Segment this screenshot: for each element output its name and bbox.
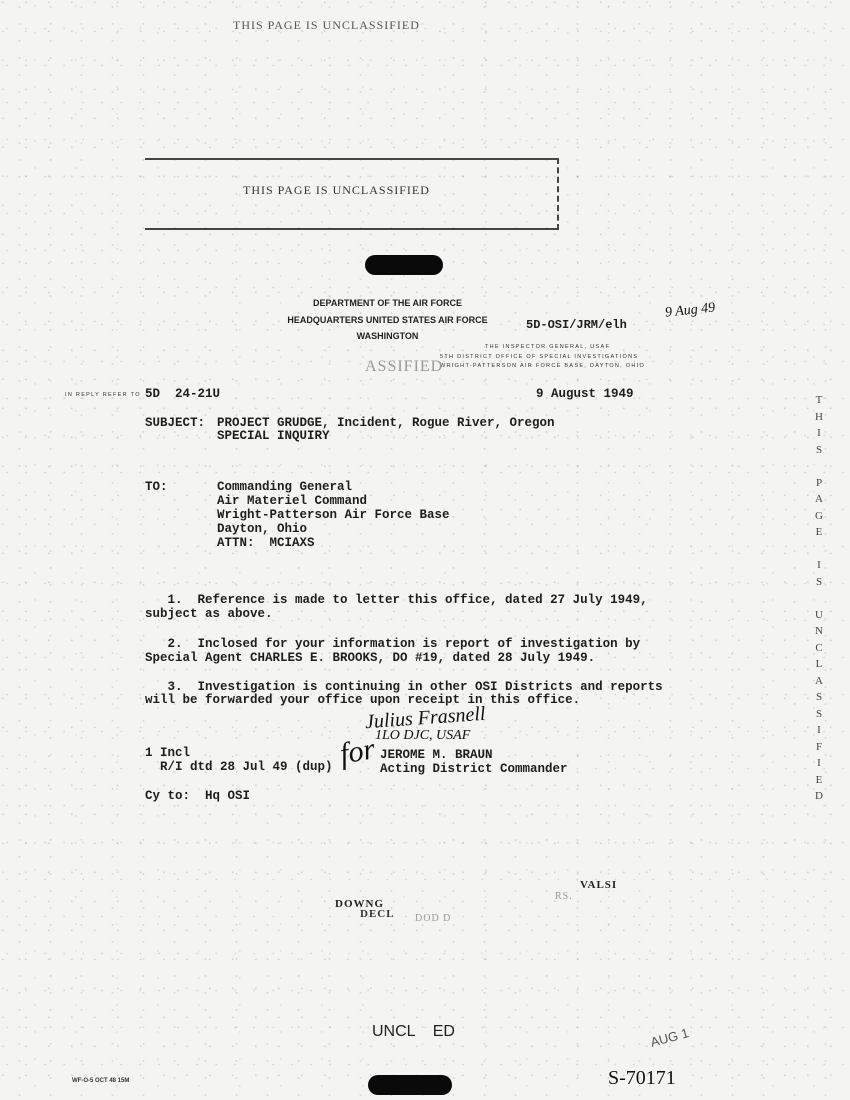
redaction-bottom: [368, 1075, 452, 1095]
side-stamp-letter: H: [812, 409, 826, 426]
reply-label: IN REPLY REFER TO: [65, 392, 141, 398]
for-mark: for: [337, 732, 377, 772]
signer-name: JEROME M. BRAUN: [380, 748, 493, 762]
side-stamp-letter: S: [812, 706, 826, 723]
office-line-3: WRIGHT-PATTERSON AIR FORCE BASE, DAYTON,…: [440, 363, 645, 369]
addressee-line: Wright-Patterson Air Force Base: [217, 508, 450, 522]
downgrade-stamp-right-1: VALSI: [580, 879, 617, 891]
signer-title: Acting District Commander: [380, 762, 568, 776]
side-stamp-letter: A: [812, 491, 826, 508]
side-stamp-letter: I: [812, 557, 826, 574]
side-stamp-letter: I: [812, 755, 826, 772]
letterhead-city: WASHINGTON: [340, 331, 435, 341]
side-stamp-letter: C: [812, 640, 826, 657]
side-stamp-letter: D: [812, 788, 826, 805]
addressee-line: Air Materiel Command: [217, 494, 367, 508]
letterhead-headquarters: HEADQUARTERS UNITED STATES AIR FORCE: [270, 315, 505, 325]
office-line-2: 5TH DISTRICT OFFICE OF SPECIAL INVESTIGA…: [440, 354, 638, 360]
file-code: 5D-OSI/JRM/elh: [526, 318, 627, 332]
office-line-1: THE INSPECTOR GENERAL, USAF: [485, 344, 610, 350]
enclosure-count: 1 Incl: [145, 746, 190, 760]
side-stamp-letter: F: [812, 739, 826, 756]
copy-to: Cy to: Hq OSI: [145, 789, 250, 803]
paragraph-1-line-2: subject as above.: [145, 607, 273, 621]
form-code: WF-O-5 OCT 48 15M: [72, 1078, 129, 1084]
bottom-classification-stamp: UNCL ED: [372, 1023, 455, 1041]
side-stamp-letter: P: [812, 475, 826, 492]
subject-line-1: PROJECT GRUDGE, Incident, Rogue River, O…: [217, 416, 555, 430]
side-stamp-letter: L: [812, 656, 826, 673]
letter-date: 9 August 1949: [536, 387, 634, 401]
side-stamp-letter: S: [812, 689, 826, 706]
paragraph-2-line-1: 2. Inclosed for your information is repo…: [130, 637, 640, 651]
downgrade-stamp-line-2: DECL: [360, 908, 395, 920]
subject-label: SUBJECT:: [145, 416, 205, 430]
reply-code: 5D 24-21U: [145, 387, 220, 401]
paragraph-1-line-1: 1. Reference is made to letter this offi…: [130, 593, 648, 607]
downgrade-stamp-right-2: RS.: [555, 891, 573, 902]
side-stamp-letter: G: [812, 508, 826, 525]
side-stamp-letter: [812, 458, 826, 475]
side-stamp-letter: U: [812, 607, 826, 624]
addressee-line: Dayton, Ohio: [217, 522, 307, 536]
side-stamp-letter: E: [812, 772, 826, 789]
paragraph-2-line-2: Special Agent CHARLES E. BROOKS, DO #19,…: [145, 651, 595, 665]
downgrade-stamp-dod: DOD D: [415, 913, 451, 924]
side-stamp-letter: I: [812, 722, 826, 739]
side-stamp-letter: T: [812, 392, 826, 409]
paragraph-3-line-2: will be forwarded your office upon recei…: [145, 693, 580, 707]
redaction-top: [365, 255, 443, 275]
side-stamp-letter: E: [812, 524, 826, 541]
side-stamp-letter: [812, 541, 826, 558]
side-stamp-letter: S: [812, 574, 826, 591]
boxed-classification-stamp: THIS PAGE IS UNCLASSIFIED: [243, 183, 430, 198]
side-stamp-letter: S: [812, 442, 826, 459]
bottom-date-stamp: AUG 1: [649, 1025, 691, 1050]
enclosure-description: R/I dtd 28 Jul 49 (dup): [145, 760, 333, 774]
side-stamp-letter: I: [812, 425, 826, 442]
addressee-line: Commanding General: [217, 480, 352, 494]
top-classification-stamp: THIS PAGE IS UNCLASSIFIED: [233, 18, 420, 33]
addressee-line: ATTN: MCIAXS: [217, 536, 315, 550]
handwritten-signature-title: 1LO DJC, USAF: [375, 728, 470, 744]
letterhead-department: DEPARTMENT OF THE AIR FORCE: [280, 298, 495, 308]
side-classification-stamp: THIS PAGE IS UNCLASSIFIED: [812, 392, 826, 805]
document-number: S-70171: [608, 1067, 676, 1090]
to-label: TO:: [145, 480, 168, 494]
handwritten-date: 9 Aug 49: [664, 300, 716, 321]
paragraph-3-line-1: 3. Investigation is continuing in other …: [130, 680, 663, 694]
side-stamp-letter: [812, 590, 826, 607]
subject-line-2: SPECIAL INQUIRY: [217, 429, 330, 443]
side-stamp-letter: A: [812, 673, 826, 690]
side-stamp-letter: N: [812, 623, 826, 640]
faded-classification-overlay: ASSIFIED: [365, 358, 443, 376]
